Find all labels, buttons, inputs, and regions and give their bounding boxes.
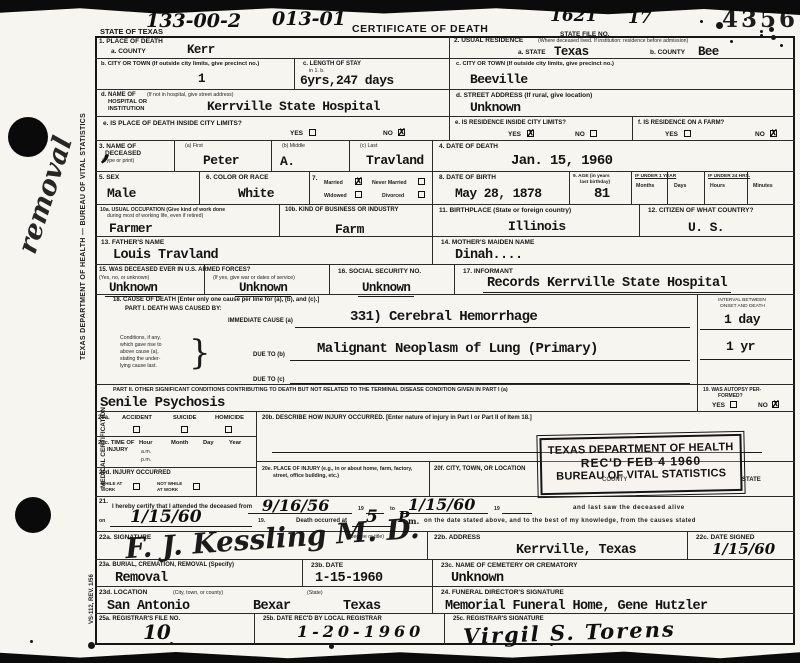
- institution-label-1: d. NAME OF: [101, 92, 136, 98]
- item-20a-label: 20a.: [98, 415, 110, 421]
- field-part2-conditions: PART II. OTHER SIGNIFICANT CONDITIONS CO…: [95, 385, 698, 412]
- field-usual-residence-state-county: 2. USUAL RESIDENCE (Where deceased lived…: [450, 36, 795, 59]
- suicide-label: SUICIDE: [173, 415, 197, 421]
- residence-state-label: a. STATE: [518, 49, 546, 56]
- informant-value: Records Kerrville State Hospital: [483, 276, 731, 293]
- residence-farm-yes-checkbox: [684, 130, 691, 137]
- funeral-director-label: 24. FUNERAL DIRECTOR'S SIGNATURE: [441, 589, 564, 596]
- place-limits-no-checkbox: [398, 129, 405, 136]
- field-cemetery-name: 23c. NAME OF CEMETERY OR CREMATORY Unkno…: [433, 560, 795, 587]
- field-burial-location: 23d. LOCATION (City, town, or county) (S…: [95, 587, 433, 614]
- field-age: 9. AGE (in years last birthday) 81: [570, 172, 632, 205]
- am-label: a.m.: [141, 449, 151, 455]
- residence-farm-yes-label: YES: [665, 131, 678, 138]
- not-while-at-work-checkbox: [193, 483, 200, 490]
- injury-city-label: 20f. CITY, TOWN, OR LOCATION: [434, 466, 525, 472]
- location-city-value: San Antonio: [107, 599, 190, 614]
- sex-label: 5. SEX: [99, 174, 119, 181]
- institution-label-2: HOSPITAL OR: [108, 99, 147, 105]
- age-label-2: last birthday): [580, 180, 610, 185]
- field-residence-on-farm: f. IS RESIDENCE ON A FARM? YES NO: [633, 117, 795, 141]
- part1-label: PART I. DEATH WAS CAUSED BY:: [125, 306, 222, 312]
- field-birthplace: 11. BIRTHPLACE (State or foreign country…: [433, 205, 640, 237]
- cause-a-value: 331) Cerebral Hemorrhage: [350, 309, 537, 325]
- cemetery-label: 23c. NAME OF CEMETERY OR CREMATORY: [441, 562, 577, 569]
- field-kind-of-business: 10b. KIND OF BUSINESS OR INDUSTRY Farm: [280, 205, 433, 237]
- length-of-stay-label: c. LENGTH OF STAY: [303, 61, 361, 67]
- burial-value: Removal: [115, 571, 168, 586]
- field-date-signed: 22c. DATE SIGNED 1/15/60: [688, 532, 795, 560]
- day-label: Day: [203, 440, 214, 446]
- margin-agency-text: TEXAS DEPARTMENT OF HEALTH — BUREAU OF V…: [80, 113, 87, 360]
- usual-residence-sublabel: (Where deceased lived. If institution: r…: [538, 38, 688, 44]
- field-date-of-death: 4. DATE OF DEATH Jan. 15, 1960: [433, 141, 795, 172]
- burial-date-value: 1-15-1960: [315, 571, 383, 586]
- residence-farm-no-label: NO: [755, 131, 765, 138]
- residence-state-value: Texas: [554, 45, 589, 59]
- due-to-c-label: DUE TO (c): [253, 377, 285, 383]
- year-label: Year: [229, 440, 241, 446]
- due-to-b-label: DUE TO (b): [253, 352, 285, 358]
- interval-header-1: INTERVAL BETWEEN: [718, 298, 766, 303]
- field-first-name: (a) First Peter: [175, 141, 272, 172]
- city-value: 1: [198, 72, 205, 86]
- field-informant: 17. INFORMANT Records Kerrville State Ho…: [455, 265, 795, 295]
- county-label: a. COUNTY: [111, 48, 146, 55]
- location-label: 23d. LOCATION: [99, 589, 147, 596]
- cause-b-value: Malignant Neoplasm of Lung (Primary): [317, 341, 598, 357]
- county-value: Kerr: [187, 43, 215, 57]
- divorced-checkbox: [418, 191, 425, 198]
- usual-residence-label: 2. USUAL RESIDENCE: [454, 37, 523, 44]
- autopsy-yes-checkbox: [730, 401, 737, 408]
- field-residence-city: c. CITY OR TOWN (If outside city limits,…: [450, 59, 795, 90]
- first-name-value: Peter: [203, 153, 239, 168]
- place-limits-no-label: NO: [383, 130, 393, 137]
- fathers-name-value: Louis Travland: [113, 248, 218, 263]
- marital-label: 7.: [312, 175, 317, 182]
- place-of-death-label: 1. PLACE OF DEATH: [99, 38, 163, 45]
- on-text: on: [99, 518, 105, 524]
- field-color-or-race: 6. COLOR OR RACE White: [200, 172, 310, 205]
- field-date-recd-registrar: 25b. DATE REC'D BY LOCAL REGISTRAR 1-20-…: [255, 614, 445, 645]
- field-residence-inside-city-limits: e. IS RESIDENCE INSIDE CITY LIMITS? YES …: [450, 117, 633, 141]
- name-label-2: DECEASED: [105, 150, 141, 157]
- field-fathers-name: 13. FATHER'S NAME Louis Travland: [95, 237, 433, 265]
- hole-punch-bottom: [15, 497, 51, 533]
- residence-limits-no-label: NO: [575, 131, 585, 138]
- year-19-b-line: [502, 513, 532, 514]
- mothers-name-value: Dinah....: [455, 248, 523, 263]
- field-cause-of-death: 18. CAUSE OF DEATH [Enter only one cause…: [95, 295, 698, 385]
- field-street-address: d. STREET ADDRESS (If rural, give locati…: [450, 90, 795, 117]
- field-autopsy: 19. WAS AUTOPSY PER- FORMED? YES NO: [698, 385, 795, 412]
- street-address-value: Unknown: [470, 100, 520, 115]
- cause-of-death-label: 18. CAUSE OF DEATH [Enter only one cause…: [113, 297, 319, 303]
- year-19-a: 19: [358, 506, 364, 512]
- received-stamp: TEXAS DEPARTMENT OF HEALTH REC'D FEB 4 1…: [539, 434, 742, 495]
- registrar-file-value: 10: [143, 620, 171, 644]
- date-of-death-value: Jan. 15, 1960: [511, 153, 612, 169]
- date-of-birth-value: May 28, 1878: [455, 186, 541, 201]
- last-name-label: (c) Last: [360, 143, 377, 149]
- interval-a-value: 1 day: [724, 312, 760, 327]
- describe-injury-label: 20b. DESCRIBE HOW INJURY OCCURRED. [Ente…: [262, 415, 532, 421]
- funeral-director-value: Memorial Funeral Home, Gene Hutzler: [445, 599, 708, 614]
- suicide-checkbox: [181, 426, 188, 433]
- field-name-of-deceased-label: 3. NAME OF DECEASED (Type or print): [95, 141, 175, 172]
- age-months-label: Months: [636, 183, 654, 189]
- item-21-label: 21.: [99, 498, 108, 505]
- ssn-label: 16. SOCIAL SECURITY NO.: [338, 268, 421, 275]
- field-age-minutes: Minutes: [748, 172, 795, 205]
- autopsy-no-label: NO: [758, 402, 768, 409]
- interval-header-2: ONSET AND DEATH: [720, 304, 765, 309]
- certify-tail-text: on the date stated above, and to the bes…: [424, 518, 696, 524]
- citizen-label: 12. CITIZEN OF WHAT COUNTRY?: [648, 207, 753, 214]
- autopsy-yes-label: YES: [712, 402, 725, 409]
- date-of-death-label: 4. DATE OF DEATH: [439, 143, 498, 150]
- field-injury-occurred: 20d. INJURY OCCURRED WHILE AT WORK NOT W…: [95, 468, 257, 497]
- injury-occurred-label: 20d. INJURY OCCURRED: [99, 470, 171, 476]
- if-under-1-year-label: IF UNDER 1 YEAR: [635, 174, 676, 179]
- year-19-b: 19: [494, 506, 500, 512]
- cause-b-line: [290, 360, 690, 361]
- birthplace-label: 11. BIRTHPLACE (State or foreign country…: [439, 207, 571, 214]
- married-label: Married: [324, 180, 343, 186]
- age-value: 81: [594, 186, 610, 202]
- cause-c-line: [290, 383, 690, 384]
- burial-label: 23a. BURIAL, CREMATION, REMOVAL (Specify…: [99, 562, 234, 568]
- conditions-note-5: lying cause last.: [120, 363, 157, 369]
- institution-sublabel: (If not in hospital, give street address…: [147, 92, 234, 98]
- pm-label: p.m.: [141, 457, 151, 463]
- interval-a-line: [700, 329, 792, 330]
- accident-checkbox: [133, 426, 140, 433]
- armed-forces-label: 15. WAS DECEASED EVER IN U.S. ARMED FORC…: [99, 267, 250, 273]
- location-sub-1: (City, town, or county): [173, 590, 223, 596]
- residence-limits-no-checkbox: [590, 130, 597, 137]
- field-citizen-of: 12. CITIZEN OF WHAT COUNTRY? U. S.: [640, 205, 795, 237]
- field-city-or-town: b. CITY OR TOWN (If outside city limits,…: [95, 59, 295, 90]
- sex-value: Male: [107, 186, 136, 201]
- field-hospital-or-institution: d. NAME OF (If not in hospital, give str…: [95, 90, 450, 117]
- informant-label: 17. INFORMANT: [463, 268, 513, 275]
- citizen-value: U. S.: [688, 220, 724, 235]
- field-mothers-maiden-name: 14. MOTHER'S MAIDEN NAME Dinah....: [433, 237, 795, 265]
- divorced-label: Divorced: [382, 193, 404, 199]
- interval-b-line: [700, 359, 792, 360]
- institution-label-3: INSTITUTION: [108, 106, 144, 112]
- residence-limits-yes-checkbox: [527, 130, 534, 137]
- first-name-label: (a) First: [185, 143, 203, 149]
- cemetery-value: Unknown: [451, 571, 504, 586]
- field-interval-column: INTERVAL BETWEEN ONSET AND DEATH 1 day 1…: [698, 295, 795, 385]
- residence-limits-label: e. IS RESIDENCE INSIDE CITY LIMITS?: [455, 120, 566, 126]
- interval-b-value: 1 yr: [726, 339, 755, 354]
- age-hours-label: Hours: [710, 183, 725, 189]
- field-burial-date: 23b. DATE 1-15-1960: [303, 560, 433, 587]
- field-last-name: (c) Last Travland: [350, 141, 433, 172]
- conditions-note-1: Conditions, if any,: [120, 335, 161, 341]
- place-limits-yes-label: YES: [290, 130, 303, 137]
- field-sex: 5. SEX Male: [95, 172, 200, 205]
- business-value: Farm: [335, 222, 364, 237]
- field-length-of-stay: c. LENGTH OF STAY in 1. b. 6yrs,247 days: [295, 59, 450, 90]
- time-of-injury-label-2: INJURY: [107, 447, 128, 453]
- field-date-of-birth: 8. DATE OF BIRTH May 28, 1878: [433, 172, 570, 205]
- homicide-checkbox: [225, 426, 232, 433]
- conditions-note-3: above cause (a),: [120, 349, 159, 355]
- middle-name-label: (b) Middle: [282, 143, 305, 149]
- widowed-checkbox: [355, 191, 362, 198]
- place-of-injury-label-2: street, office building, etc.): [273, 473, 339, 479]
- last-saw-text: and last saw the deceased alive: [573, 504, 685, 511]
- race-label: 6. COLOR OR RACE: [206, 174, 268, 181]
- date-signed-value: 1/15/60: [712, 540, 775, 558]
- last-name-value: Travland: [366, 153, 424, 168]
- birthplace-value: Illinois: [508, 219, 566, 234]
- street-address-label: d. STREET ADDRESS (If rural, give locati…: [456, 92, 592, 99]
- not-while-at-work-label-2: AT WORK: [157, 487, 178, 492]
- field-place-of-injury: 20e. PLACE OF INJURY (e.g., in or about …: [257, 462, 430, 497]
- while-at-work-label-2: WORK: [101, 487, 115, 492]
- business-label: 10b. KIND OF BUSINESS OR INDUSTRY: [285, 207, 398, 213]
- from-date-value: 9/16/56: [262, 496, 329, 515]
- field-marital-status: 7. Married Never Married Widowed Divorce…: [310, 172, 433, 205]
- location-state-value: Texas: [343, 599, 381, 614]
- name-label-3: (Type or print): [102, 158, 134, 164]
- married-checkbox: [355, 178, 362, 185]
- field-social-security-no: 16. SOCIAL SECURITY NO. Unknown: [330, 265, 455, 295]
- mothers-name-label: 14. MOTHER'S MAIDEN NAME: [441, 239, 534, 246]
- institution-value: Kerrville State Hospital: [207, 99, 380, 114]
- date-of-birth-label: 8. DATE OF BIRTH: [439, 174, 496, 181]
- field-usual-occupation: 10a. USUAL OCCUPATION (Give kind of work…: [95, 205, 280, 237]
- race-value: White: [238, 186, 274, 201]
- certificate-title: CERTIFICATE OF DEATH: [352, 23, 488, 35]
- injury-state-label: STATE: [742, 477, 761, 483]
- field-accident-suicide-homicide: 20a. ACCIDENT SUICIDE HOMICIDE: [95, 412, 257, 437]
- scan-edge-bottom: [0, 651, 800, 663]
- field-time-of-injury: 20c. TIME OF INJURY Hour a.m. p.m. Month…: [95, 437, 257, 468]
- death-certificate-scan: TEXAS DEPARTMENT OF HEALTH — BUREAU OF V…: [0, 0, 800, 663]
- stamp-line-3: BUREAU OF VITAL STATISTICS: [542, 467, 740, 484]
- place-city-limits-label: e. IS PLACE OF DEATH INSIDE CITY LIMITS?: [103, 120, 242, 127]
- age-days-label: Days: [674, 183, 686, 189]
- occupation-label-2: during most of working life, even if ret…: [107, 213, 203, 219]
- while-at-work-checkbox: [133, 483, 140, 490]
- autopsy-label-2: FORMED?: [718, 393, 743, 399]
- part2-value: Senile Psychosis: [100, 395, 225, 411]
- conditions-brace: }: [189, 333, 211, 373]
- field-middle-name: (b) Middle A.: [272, 141, 350, 172]
- widowed-label: Widowed: [324, 193, 347, 199]
- field-physician-address: 22b. ADDRESS Kerrville, Texas: [428, 532, 688, 560]
- middle-name-value: A.: [280, 154, 294, 169]
- never-married-label: Never Married: [372, 180, 407, 186]
- location-sub-2: (State): [307, 590, 323, 596]
- city-label: b. CITY OR TOWN (If outside city limits,…: [101, 61, 259, 67]
- handwritten-code-2: 013-01: [272, 8, 346, 30]
- residence-limits-yes-label: YES: [508, 131, 521, 138]
- field-registrar-signature: 25c. REGISTRAR'S SIGNATURE Virgil S. Tor…: [445, 614, 795, 645]
- cause-a-line: [295, 327, 690, 328]
- length-of-stay-value: 6yrs,247 days: [300, 73, 394, 88]
- time-of-injury-label-1: 20c. TIME OF: [98, 440, 134, 446]
- while-at-work-label-1: WHILE AT: [101, 481, 122, 486]
- name-label-1: 3. NAME OF: [99, 143, 136, 150]
- field-funeral-director: 24. FUNERAL DIRECTOR'S SIGNATURE Memoria…: [433, 587, 795, 614]
- age-label-1: 9. AGE (in years: [573, 174, 610, 179]
- hour-label: Hour: [139, 440, 153, 446]
- homicide-label: HOMICIDE: [215, 415, 244, 421]
- residence-county-value: Bee: [698, 45, 719, 59]
- alive-date-value: 1/15/60: [130, 507, 202, 527]
- accident-label: ACCIDENT: [122, 415, 152, 421]
- field-registrar-file-no: 25a. REGISTRAR'S FILE NO. 10: [95, 614, 255, 645]
- month-label: Month: [171, 440, 188, 446]
- field-place-inside-city-limits: e. IS PLACE OF DEATH INSIDE CITY LIMITS?…: [95, 117, 450, 141]
- burial-date-label: 23b. DATE: [311, 562, 343, 569]
- date-recd-value: 1-20-1960: [297, 622, 424, 641]
- residence-farm-label: f. IS RESIDENCE ON A FARM?: [638, 120, 724, 126]
- part2-label: PART II. OTHER SIGNIFICANT CONDITIONS CO…: [113, 387, 508, 393]
- fathers-name-label: 13. FATHER'S NAME: [101, 239, 164, 246]
- immediate-cause-label: IMMEDIATE CAUSE (a): [228, 318, 293, 324]
- never-married-checkbox: [418, 178, 425, 185]
- residence-city-value: Beeville: [470, 72, 528, 87]
- residence-city-label: c. CITY OR TOWN (If outside city limits,…: [456, 61, 614, 67]
- age-minutes-label: Minutes: [753, 183, 773, 189]
- not-while-at-work-label-1: NOT WHILE: [157, 481, 182, 486]
- address-value: Kerrville, Texas: [516, 543, 636, 558]
- field-place-of-death-county: 1. PLACE OF DEATH a. COUNTY Kerr: [95, 36, 450, 59]
- to-text: to: [390, 506, 395, 512]
- autopsy-no-checkbox: [772, 401, 779, 408]
- scan-edge-top: [0, 0, 800, 15]
- residence-county-label: b. COUNTY: [650, 49, 685, 56]
- residence-farm-no-checkbox: [770, 130, 777, 137]
- conditions-note-4: stating the under-: [120, 356, 160, 362]
- location-county-value: Bexar: [253, 599, 291, 614]
- occupation-value: Farmer: [109, 221, 152, 236]
- address-label: 22b. ADDRESS: [434, 534, 480, 541]
- hole-punch-top: [8, 117, 48, 157]
- conditions-note-2: which gave rise to: [120, 342, 162, 348]
- if-under-24-hrs-label: IF UNDER 24 HRS.: [708, 174, 750, 179]
- place-limits-yes-checkbox: [309, 129, 316, 136]
- place-of-injury-label-1: 20e. PLACE OF INJURY (e.g., in or about …: [262, 466, 412, 472]
